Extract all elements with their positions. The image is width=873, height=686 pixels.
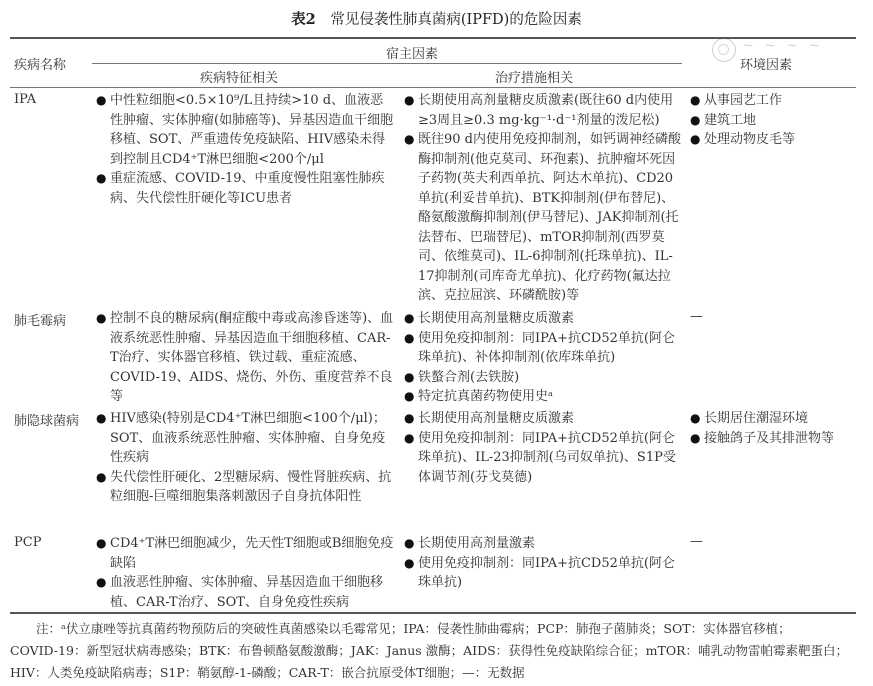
bullet-icon: ● (96, 169, 106, 189)
bullet-icon: ● (404, 329, 414, 349)
row-cryptococcosis-disease-features: ●HIV感染(特别是CD4⁺T淋巴细胞<100个/μl)；SOT、血液系统恶性肿… (96, 409, 394, 507)
row-cryptococcosis-environment: ●长期居住潮湿环境 ●接触鸽子及其排泄物等 (690, 409, 860, 448)
row-pcp-disease: PCP (14, 535, 41, 550)
list-item: ●既往90 d内使用免疫抑制剂，如钙调神经磷酸酶抑制剂(他克莫司、环孢素)、抗肿… (404, 130, 686, 306)
footnote-line-2: COVID-19：新型冠状病毒感染；BTK：布鲁顿酪氨酸激酶；JAK：Janus… (10, 640, 860, 662)
row-cryptococcosis-disease: 肺隐球菌病 (14, 410, 79, 429)
bullet-icon: ● (404, 91, 414, 111)
bullet-icon: ● (690, 111, 700, 131)
row-ipa-disease-features: ●中性粒细胞<0.5×10⁹/L且持续>10 d、血液恶性肿瘤、实体肿瘤(如肺癌… (96, 91, 394, 208)
row-mucormycosis-disease: 肺毛霉病 (14, 310, 66, 329)
row-mucormycosis-disease-features: ●控制不良的糖尿病(酮症酸中毒或高渗昏迷等)、血液系统恶性肿瘤、异基因造血干细胞… (96, 309, 394, 407)
list-item: ●中性粒细胞<0.5×10⁹/L且持续>10 d、血液恶性肿瘤、实体肿瘤(如肺癌… (96, 91, 394, 169)
bullet-icon: ● (690, 130, 700, 150)
bullet-icon: ● (404, 554, 414, 574)
header-disease-name: 疾病名称 (14, 54, 66, 73)
row-pcp-treatment: ●长期使用高剂量激素 ●使用免疫抑制剂：同IPA+抗CD52单抗(阿仑珠单抗) (404, 534, 686, 593)
bullet-icon: ● (404, 409, 414, 429)
list-item: ●控制不良的糖尿病(酮症酸中毒或高渗昏迷等)、血液系统恶性肿瘤、异基因造血干细胞… (96, 309, 394, 407)
header-disease-related: 疾病特征相关 (200, 67, 278, 86)
table-label: 表2 (291, 11, 316, 28)
header-bottom-rule (10, 87, 856, 88)
list-item: ●接触鸽子及其排泄物等 (690, 429, 860, 449)
table-footnote: 注：ᵃ伏立康唑等抗真菌药物预防后的突破性真菌感染以毛霉常见；IPA：侵袭性肺曲霉… (10, 618, 860, 684)
list-item: ●使用免疫抑制剂：同IPA+抗CD52单抗(阿仑珠单抗)、补体抑制剂(依库珠单抗… (404, 329, 686, 368)
table-caption: 表2 常见侵袭性肺真菌病(IPFD)的危险因素 (0, 8, 873, 29)
list-item: ●使用免疫抑制剂：同IPA+抗CD52单抗(阿仑珠单抗)、IL-23抑制剂(乌司… (404, 429, 686, 488)
host-factors-subrule (92, 63, 682, 64)
bullet-icon: ● (690, 409, 700, 429)
bullet-icon: ● (404, 534, 414, 554)
row-pcp-disease-features: ●CD4⁺T淋巴细胞减少，先天性T细胞或B细胞免疫缺陷 ●血液恶性肿瘤、实体肿瘤… (96, 534, 394, 612)
list-item: ●长期使用高剂量糖皮质激素 (404, 309, 686, 329)
list-item: ●从事园艺工作 (690, 91, 860, 111)
bullet-icon: ● (404, 130, 414, 150)
top-rule (10, 37, 856, 39)
list-item: ●长期居住潮湿环境 (690, 409, 860, 429)
row-ipa-disease: IPA (14, 92, 36, 107)
list-item: ●特定抗真菌药物使用史ᵃ (404, 387, 686, 407)
row-mucormycosis-treatment: ●长期使用高剂量糖皮质激素 ●使用免疫抑制剂：同IPA+抗CD52单抗(阿仑珠单… (404, 309, 686, 407)
table-title: 常见侵袭性肺真菌病(IPFD)的危险因素 (330, 12, 581, 28)
bullet-icon: ● (96, 409, 106, 429)
row-ipa-environment: ●从事园艺工作 ●建筑工地 ●处理动物皮毛等 (690, 91, 860, 150)
header-treatment-related: 治疗措施相关 (495, 67, 573, 86)
header-host-factors: 宿主因素 (386, 43, 438, 62)
bullet-icon: ● (96, 468, 106, 488)
watermark-script: ~ ~ ~ ~ (742, 38, 823, 54)
list-item: ●重症流感、COVID-19、中重度慢性阻塞性肺疾病、失代偿性肝硬化等ICU患者 (96, 169, 394, 208)
bullet-icon: ● (96, 91, 106, 111)
bottom-rule (10, 612, 856, 614)
bullet-icon: ● (404, 309, 414, 329)
row-ipa-treatment: ●长期使用高剂量糖皮质激素(既往60 d内使用≥3周且≥0.3 mg·kg⁻¹·… (404, 91, 686, 306)
list-item: ●处理动物皮毛等 (690, 130, 860, 150)
bullet-icon: ● (404, 429, 414, 449)
header-environmental: 环境因素 (740, 54, 792, 73)
list-item: ●CD4⁺T淋巴细胞减少，先天性T细胞或B细胞免疫缺陷 (96, 534, 394, 573)
row-pcp-environment-none: — (690, 534, 703, 549)
list-item: ●建筑工地 (690, 111, 860, 131)
list-item: ●长期使用高剂量激素 (404, 534, 686, 554)
footnote-line-1: 注：ᵃ伏立康唑等抗真菌药物预防后的突破性真菌感染以毛霉常见；IPA：侵袭性肺曲霉… (10, 618, 860, 640)
list-item: ●长期使用高剂量糖皮质激素(既往60 d内使用≥3周且≥0.3 mg·kg⁻¹·… (404, 91, 686, 130)
list-item: ●铁螯合剂(去铁胺) (404, 368, 686, 388)
row-mucormycosis-environment-none: — (690, 309, 703, 324)
bullet-icon: ● (96, 573, 106, 593)
footnote-line-3: HIV：人类免疫缺陷病毒；S1P：鞘氨醇-1-磷酸；CAR-T：嵌合抗原受体T细… (10, 662, 860, 684)
bullet-icon: ● (690, 91, 700, 111)
bullet-icon: ● (96, 534, 106, 554)
seal-emblem-icon (712, 38, 736, 62)
list-item: ●失代偿性肝硬化、2型糖尿病、慢性肾脏疾病、抗粒细胞-巨噬细胞集落刺激因子自身抗… (96, 468, 394, 507)
bullet-icon: ● (96, 309, 106, 329)
list-item: ●使用免疫抑制剂：同IPA+抗CD52单抗(阿仑珠单抗) (404, 554, 686, 593)
list-item: ●血液恶性肿瘤、实体肿瘤、异基因造血干细胞移植、CAR-T治疗、SOT、自身免疫… (96, 573, 394, 612)
bullet-icon: ● (404, 368, 414, 388)
list-item: ●长期使用高剂量糖皮质激素 (404, 409, 686, 429)
bullet-icon: ● (404, 387, 414, 407)
bullet-icon: ● (690, 429, 700, 449)
row-cryptococcosis-treatment: ●长期使用高剂量糖皮质激素 ●使用免疫抑制剂：同IPA+抗CD52单抗(阿仑珠单… (404, 409, 686, 487)
list-item: ●HIV感染(特别是CD4⁺T淋巴细胞<100个/μl)；SOT、血液系统恶性肿… (96, 409, 394, 468)
